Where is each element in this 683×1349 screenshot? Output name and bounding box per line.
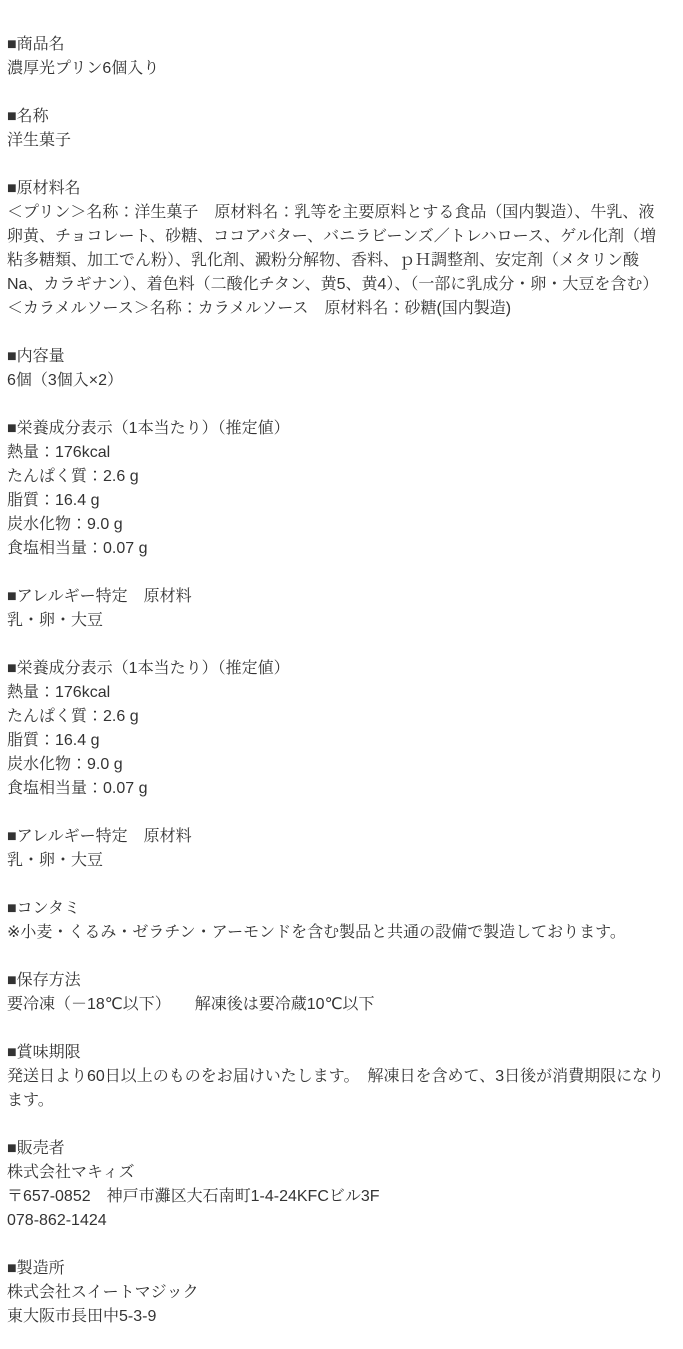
section-heading: ■販売者: [7, 1137, 667, 1161]
section-heading: ■栄養成分表示（1本当たり）（推定値）: [7, 657, 667, 681]
section-heading: ■コンタミ: [7, 897, 667, 921]
section-food-type: ■名称 洋生菓子: [7, 105, 667, 153]
section-heading: ■内容量: [7, 345, 667, 369]
nutrition-carbohydrate: 炭水化物：9.0 g: [7, 753, 667, 777]
section-heading: ■アレルギー特定 原材料: [7, 825, 667, 849]
nutrition-energy: 熱量：176kcal: [7, 681, 667, 705]
section-shelf-life: ■賞味期限 発送日より60日以上のものをお届けいたします。 解凍日を含めて、3日…: [7, 1041, 667, 1113]
storage-value: 要冷凍（－18℃以下） 解凍後は要冷蔵10℃以下: [7, 993, 667, 1017]
section-heading: ■商品名: [7, 33, 667, 57]
nutrition-energy: 熱量：176kcal: [7, 441, 667, 465]
section-heading: ■製造所: [7, 1257, 667, 1281]
manufacturer-address: 東大阪市長田中5-3-9: [7, 1305, 667, 1329]
nutrition-carbohydrate: 炭水化物：9.0 g: [7, 513, 667, 537]
section-manufacturer: ■製造所 株式会社スイートマジック 東大阪市長田中5-3-9: [7, 1257, 667, 1329]
section-ingredients: ■原材料名 ＜プリン＞名称：洋生菓子 原材料名：乳等を主要原料とする食品（国内製…: [7, 177, 667, 321]
product-name-value: 濃厚光プリン6個入り: [7, 57, 667, 81]
seller-address: 〒657-0852 神戸市灘区大石南町1-4-24KFCビル3F: [7, 1185, 667, 1209]
section-contamination: ■コンタミ ※小麦・くるみ・ゼラチン・アーモンドを含む製品と共通の設備で製造して…: [7, 897, 667, 945]
net-content-value: 6個（3個入×2）: [7, 369, 667, 393]
allergens-value: 乳・卵・大豆: [7, 609, 667, 633]
nutrition-salt: 食塩相当量：0.07 g: [7, 537, 667, 561]
section-nutrition-2: ■栄養成分表示（1本当たり）（推定値） 熱量：176kcal たんぱく質：2.6…: [7, 657, 667, 801]
manufacturer-name: 株式会社スイートマジック: [7, 1281, 667, 1305]
ingredients-text: ＜プリン＞名称：洋生菓子 原材料名：乳等を主要原料とする食品（国内製造）、牛乳、…: [7, 201, 667, 321]
seller-phone: 078-862-1424: [7, 1209, 667, 1233]
section-heading: ■栄養成分表示（1本当たり）（推定値）: [7, 417, 667, 441]
contamination-note: ※小麦・くるみ・ゼラチン・アーモンドを含む製品と共通の設備で製造しております。: [7, 921, 667, 945]
section-heading: ■原材料名: [7, 177, 667, 201]
section-allergens-2: ■アレルギー特定 原材料 乳・卵・大豆: [7, 825, 667, 873]
product-spec-document: ■商品名 濃厚光プリン6個入り ■名称 洋生菓子 ■原材料名 ＜プリン＞名称：洋…: [0, 0, 683, 1349]
section-allergens-1: ■アレルギー特定 原材料 乳・卵・大豆: [7, 585, 667, 633]
section-product-name: ■商品名 濃厚光プリン6個入り: [7, 33, 667, 81]
nutrition-fat: 脂質：16.4 g: [7, 489, 667, 513]
nutrition-salt: 食塩相当量：0.07 g: [7, 777, 667, 801]
section-heading: ■保存方法: [7, 969, 667, 993]
nutrition-protein: たんぱく質：2.6 g: [7, 465, 667, 489]
nutrition-protein: たんぱく質：2.6 g: [7, 705, 667, 729]
food-type-value: 洋生菓子: [7, 129, 667, 153]
section-heading: ■賞味期限: [7, 1041, 667, 1065]
nutrition-fat: 脂質：16.4 g: [7, 729, 667, 753]
section-seller: ■販売者 株式会社マキィズ 〒657-0852 神戸市灘区大石南町1-4-24K…: [7, 1137, 667, 1233]
section-heading: ■アレルギー特定 原材料: [7, 585, 667, 609]
section-net-content: ■内容量 6個（3個入×2）: [7, 345, 667, 393]
section-nutrition-1: ■栄養成分表示（1本当たり）（推定値） 熱量：176kcal たんぱく質：2.6…: [7, 417, 667, 561]
shelf-life-text: 発送日より60日以上のものをお届けいたします。 解凍日を含めて、3日後が消費期限…: [7, 1065, 667, 1113]
section-heading: ■名称: [7, 105, 667, 129]
allergens-value: 乳・卵・大豆: [7, 849, 667, 873]
section-storage: ■保存方法 要冷凍（－18℃以下） 解凍後は要冷蔵10℃以下: [7, 969, 667, 1017]
seller-name: 株式会社マキィズ: [7, 1161, 667, 1185]
